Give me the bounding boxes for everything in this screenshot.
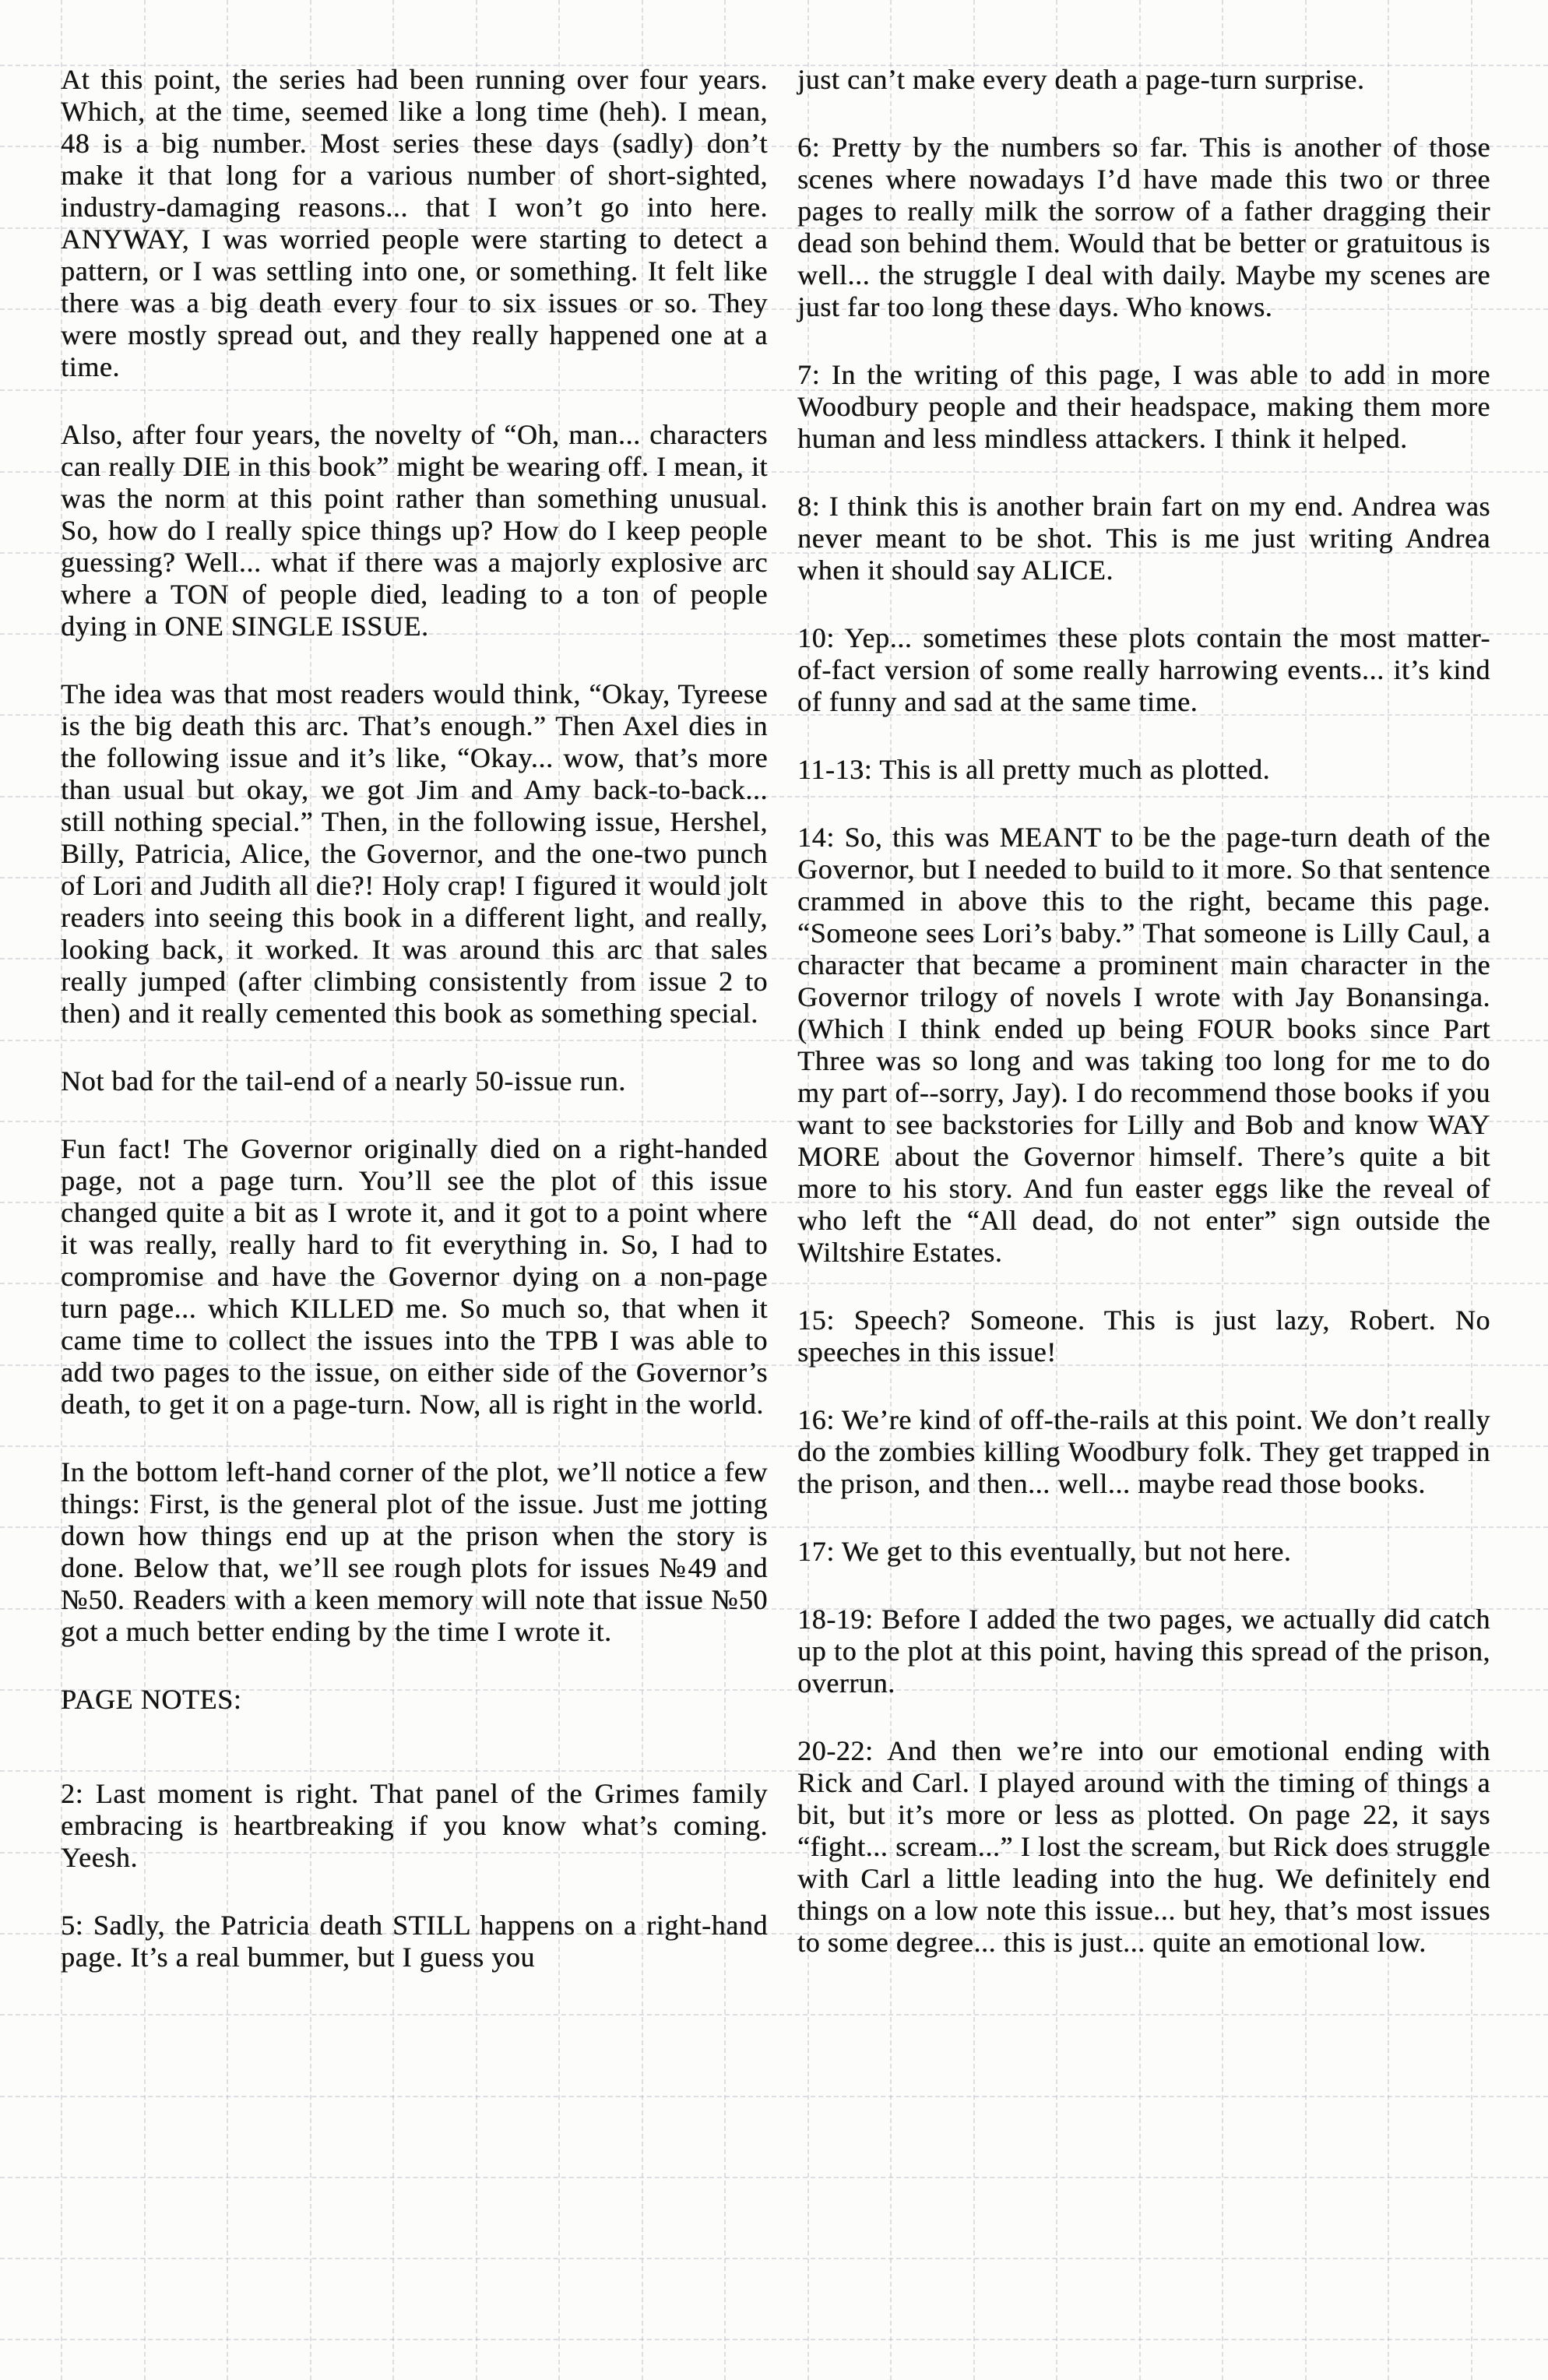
paragraph: 2: Last moment is right. That panel of t… bbox=[61, 1778, 768, 1874]
paragraph: 20-22: And then we’re into our emotional… bbox=[797, 1735, 1490, 1959]
paragraph: 6: Pretty by the numbers so far. This is… bbox=[797, 132, 1490, 323]
grid-line-horizontal bbox=[0, 2339, 1548, 2340]
paragraph: 14: So, this was MEANT to be the page-tu… bbox=[797, 822, 1490, 1269]
paragraph: 8: I think this is another brain fart on… bbox=[797, 491, 1490, 586]
grid-line-horizontal bbox=[0, 2014, 1548, 2016]
left-column: At this point, the series had been runni… bbox=[61, 64, 768, 1973]
right-column: just can’t make every death a page-turn … bbox=[797, 64, 1490, 1959]
grid-line-horizontal bbox=[0, 2177, 1548, 2178]
paragraph: 15: Speech? Someone. This is just lazy, … bbox=[797, 1304, 1490, 1368]
grid-line-horizontal bbox=[0, 2096, 1548, 2097]
paragraph: Not bad for the tail-end of a nearly 50-… bbox=[61, 1065, 768, 1097]
grid-line-horizontal bbox=[0, 2258, 1548, 2259]
paragraph: 16: We’re kind of off-the-rails at this … bbox=[797, 1404, 1490, 1500]
paragraph: The idea was that most readers would thi… bbox=[61, 678, 768, 1030]
paragraph: 17: We get to this eventually, but not h… bbox=[797, 1536, 1490, 1568]
paragraph: 10: Yep... sometimes these plots contain… bbox=[797, 622, 1490, 718]
document-page: At this point, the series had been runni… bbox=[0, 0, 1548, 2380]
paragraph: just can’t make every death a page-turn … bbox=[797, 64, 1490, 96]
paragraph: 11-13: This is all pretty much as plotte… bbox=[797, 754, 1490, 786]
paragraph: Fun fact! The Governor originally died o… bbox=[61, 1133, 768, 1421]
page-notes-heading: PAGE NOTES: bbox=[61, 1684, 768, 1716]
paragraph: Also, after four years, the novelty of “… bbox=[61, 419, 768, 643]
paragraph: 18-19: Before I added the two pages, we … bbox=[797, 1604, 1490, 1699]
paragraph: 7: In the writing of this page, I was ab… bbox=[797, 359, 1490, 455]
paragraph: At this point, the series had been runni… bbox=[61, 64, 768, 383]
paragraph: 5: Sadly, the Patricia death STILL happe… bbox=[61, 1910, 768, 1973]
paragraph: In the bottom left-hand corner of the pl… bbox=[61, 1456, 768, 1648]
